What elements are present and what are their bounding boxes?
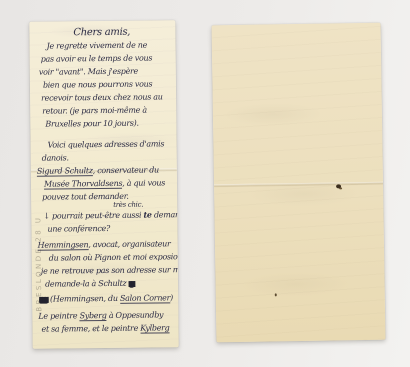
handwriting-line: demande-la à Schultz ██: [45, 276, 176, 292]
handwriting-segment: danois.: [42, 153, 69, 162]
handwriting-segment: Musée Thorvaldsens: [44, 179, 122, 190]
handwritten-letter-text: Chers amis,Je regrette vivement de nepas…: [35, 25, 176, 335]
handwriting-segment: du salon où Pignon et moi exposions.: [49, 252, 179, 262]
handwriting-segment: Hemmingsen: [38, 240, 89, 251]
letter-verso-page: [212, 23, 386, 343]
handwriting-segment: demande-la à Schultz: [45, 279, 129, 289]
handwriting-segment: à Oppesundby: [107, 310, 164, 320]
handwriting-segment: Le peintre: [38, 311, 79, 320]
handwriting-segment: , conservateur du: [93, 165, 159, 175]
handwriting-line: Je regrette vivement de ne: [46, 38, 173, 52]
paper-speck: [336, 184, 341, 188]
handwriting-segment: Bruxelles pour 10 jours).: [45, 119, 138, 129]
handwriting-segment: , à qui vous: [122, 178, 165, 187]
letter-recto-page: BRESLONDE 28 U Chers amis,Je regrette vi…: [29, 20, 178, 349]
photo-background: BRESLONDE 28 U Chers amis,Je regrette vi…: [0, 0, 410, 367]
handwriting-segment: recevoir tous deux chez nous au: [41, 92, 163, 102]
handwriting-line: Chers amis,: [73, 25, 173, 39]
handwriting-segment: ↓ pourrait peut-être aussi: [43, 211, 143, 221]
handwriting-segment: une conférence?: [47, 224, 110, 234]
handwriting-line: Voici quelques adresses d'amis: [48, 137, 175, 151]
fold-crease: [214, 182, 383, 188]
handwriting-segment: , avocat, organisateur: [88, 239, 170, 249]
handwriting-segment: bien que nous pourrons vous: [43, 79, 152, 89]
handwriting-segment: Je regrette vivement de ne: [47, 41, 148, 51]
handwriting-line: ███ (Hemmingsen, du Salon Corner): [39, 291, 176, 307]
paper-speck: [275, 293, 277, 296]
ink-scribble-blot: ███: [39, 298, 48, 304]
handwriting-segment: Sigurd Schultz: [37, 166, 93, 177]
handwriting-segment: Syberg: [80, 311, 107, 321]
handwriting-segment: Salon Corner: [120, 293, 170, 304]
handwriting-line: du salon où Pignon et moi exposions.: [49, 250, 176, 264]
handwriting-segment: (Hemmingsen, du: [48, 294, 120, 304]
handwriting-segment: Voici quelques adresses d'amis: [48, 139, 165, 149]
handwriting-segment: demander: [152, 210, 179, 219]
handwriting-line: et sa femme, et le peintre Kylberg: [41, 321, 176, 335]
handwriting-segment: Chers amis,: [73, 27, 130, 39]
handwriting-segment: Kylberg: [140, 323, 169, 333]
handwriting-segment: pas avoir eu le temps de vous: [41, 53, 153, 63]
ink-scribble-blot: ██: [129, 282, 135, 288]
handwriting-segment: voir "avant". Mais j'espère: [39, 67, 138, 77]
handwriting-segment: retour. (je pars moi-même à: [42, 106, 147, 116]
handwriting-segment: je ne retrouve pas son adresse sur moi,: [41, 265, 179, 276]
handwriting-segment: et sa femme, et le peintre: [41, 324, 140, 334]
handwriting-segment: ): [170, 293, 173, 302]
handwriting-line: une conférence?: [47, 221, 175, 235]
handwriting-line: Bruxelles pour 10 jours).: [45, 116, 174, 130]
